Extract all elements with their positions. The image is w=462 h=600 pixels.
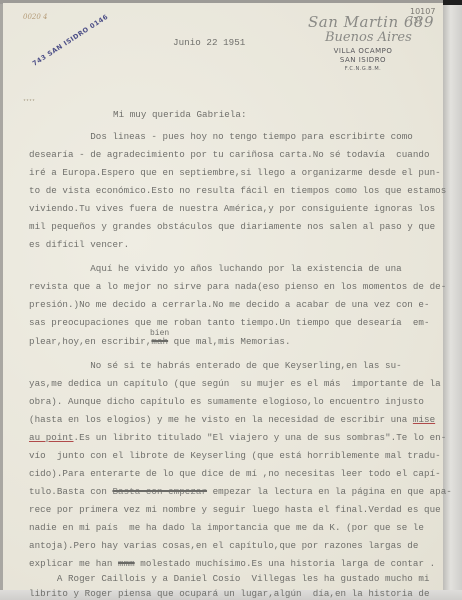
body-line: No sé si te habrás enterado de que Keyse… xyxy=(29,360,402,371)
body-line: Dos lineas - pues hoy no tengo tiempo pa… xyxy=(29,131,413,142)
pencil-mark-small: **** xyxy=(23,99,35,105)
body-line: A Roger Caillois y a Daniel Cosío Villeg… xyxy=(29,573,430,584)
body-text: molestado muchísimo.Es una historia larg… xyxy=(135,558,435,569)
body-line: mil pequeños y grandes obstáculos que di… xyxy=(29,221,435,232)
underlined-phrase: au point xyxy=(29,432,74,443)
body-text: .Es un librito titulado "El viajero y un… xyxy=(74,432,447,443)
body-text: tulo.Basta con xyxy=(29,486,112,497)
body-line: vío junto con el librote de Keyserling (… xyxy=(29,450,441,461)
struck-word: mmm xyxy=(118,558,135,569)
letter-date: Junio 22 1951 xyxy=(173,37,245,48)
body-line: iré a Europa.Espero que en septiembre,si… xyxy=(29,167,441,178)
body-line: sas preocupaciones que me roban tanto ti… xyxy=(29,317,430,328)
body-line: au point.Es un librito titulado "El viaj… xyxy=(29,432,446,443)
body-line: explicar me han mmm molestado muchísimo.… xyxy=(29,558,435,569)
pencil-mark: 0020 4 xyxy=(23,13,48,21)
body-text: (hasta en los elogios) y me he visto en … xyxy=(29,414,413,425)
body-line: to de vista económico.Esto no resulta fá… xyxy=(29,185,446,196)
letterhead-villa: VILLA OCAMPO xyxy=(323,47,403,56)
postal-stamp: 743 SAN ISIDRO 0146 xyxy=(31,13,110,68)
body-line: antoja).Pero hay varias cosas,en el capí… xyxy=(29,540,418,551)
body-line: nadie en mi país me ha dado la importanc… xyxy=(29,522,424,533)
body-text: plear,hoy,en escribir, xyxy=(29,336,151,347)
letter-greeting: Mi muy querida Gabriela: xyxy=(113,109,247,120)
body-line: tulo.Basta con Basta con empezar empezar… xyxy=(29,486,452,497)
handwritten-street: San Martin 689 xyxy=(308,13,434,31)
body-line: librito y Roger piensa que ocupará un lu… xyxy=(29,588,430,599)
body-line: presión.)No me decido a cerrarla.No me d… xyxy=(29,299,430,310)
letterhead: VILLA OCAMPO SAN ISIDRO F.C.N.G.B.M. xyxy=(323,47,403,74)
scan-corner-dark xyxy=(443,0,462,5)
struck-word: mah xyxy=(151,336,168,347)
body-line: obra). Aunque dicho capítulo es sumament… xyxy=(29,396,424,407)
body-line: plear,hoy,en escribir,mah que mal,mis Me… xyxy=(29,336,291,347)
letterhead-railway: F.C.N.G.B.M. xyxy=(323,65,403,74)
body-line: revista que a lo mejor no sirve para nad… xyxy=(29,281,446,292)
body-text: que mal,mis Memorias. xyxy=(168,336,290,347)
body-line: es difícil vencer. xyxy=(29,239,129,250)
body-line: (hasta en los elogios) y me he visto en … xyxy=(29,414,435,425)
letter-page: 0020 4 **** 10107 (1) San Martin 689 Bue… xyxy=(3,3,443,590)
body-text: explicar me han xyxy=(29,558,118,569)
body-line: cido).Para enterarte de lo que dice de m… xyxy=(29,468,441,479)
struck-phrase: Basta con empezar xyxy=(112,486,207,497)
scan-background-right xyxy=(443,0,462,600)
letterhead-town: SAN ISIDRO xyxy=(323,56,403,65)
body-line: viviendo.Tu vives fuera de nuestra Améri… xyxy=(29,203,435,214)
handwritten-city: Buenos Aires xyxy=(325,30,412,45)
underlined-phrase: mise xyxy=(413,414,435,425)
body-line: desearía - de agradecimiento por tu cari… xyxy=(29,149,430,160)
body-line: Aquí he vivido yo años luchando por la e… xyxy=(29,263,402,274)
body-line: yas,me dedica un capítulo (que según su … xyxy=(29,378,441,389)
body-text: empezar la lectura en la página en que a… xyxy=(207,486,452,497)
body-line: rece por primera vez mi nombre y seguir … xyxy=(29,504,441,515)
